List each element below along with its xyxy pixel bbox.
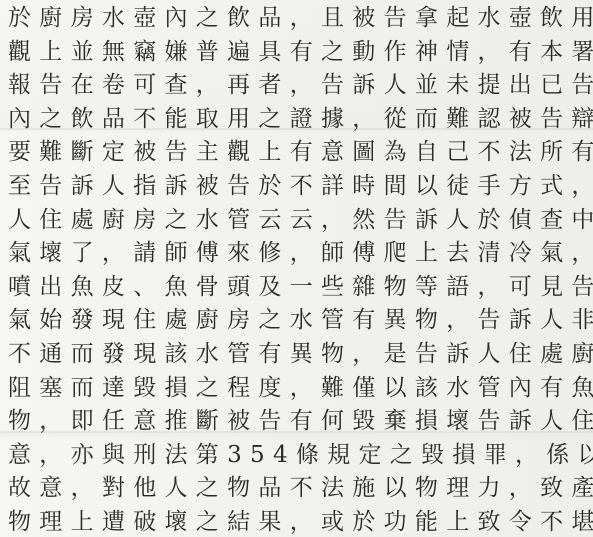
text-line: 氣始發現住處廚房之水管有異物，告訴人非因廚房水管阻塞: [8, 304, 593, 338]
text-line: 意，亦與刑法第354條規定之毀損罪，係以行為人基於毀損: [8, 439, 593, 473]
text-line: 不通而發現該水管有異物，是告訴人住處廚房之水管尚未因: [8, 338, 593, 372]
text-line: 物理上遭破壞之結果，或於功能上致令不堪用之結果者構成: [8, 506, 593, 537]
text-line: 噴出魚皮、魚骨頭及一些雜物等語，可見告訴人係因清洗冷: [8, 271, 593, 305]
scanned-page: 於廚房水壺內之飲品，且被告拿起水壺飲用，態度從容，客 觀上並無竊嫌普遍具有之動作…: [0, 0, 593, 537]
text-line: 物，即任意推斷被告有何毀棄損壞告訴人住處廚房水管之故: [8, 405, 593, 439]
text-line: 報告在卷可查，再者，告訴人並未提出已告知被告廚房水壺: [8, 69, 593, 103]
text-line: 人住處廚房之水管云云，然告訴人於偵查中自陳：伊住處冷: [8, 204, 593, 238]
text-line: 內之飲品不能取用之證據，從而難認被告辯詞俱不可採信，: [8, 103, 593, 137]
text-line: 故意，對他人之物品不法施以物理力，致產生毀棄、損壞等: [8, 472, 593, 506]
text-line: 至告訴人指訴被告於不詳時間以徒手方式，將雜物放入告訴: [8, 170, 593, 204]
text-line: 於廚房水壺內之飲品，且被告拿起水壺飲用，態度從容，客: [8, 2, 593, 36]
text-line: 阻塞而達毀損之程度，難僅以該水管內有魚皮、魚骨頭等雜: [8, 372, 593, 406]
text-line: 氣壞了，請師傅來修，師傅爬上去清冷氣，結果廚房水槽就: [8, 237, 593, 271]
document-body: 於廚房水壺內之飲品，且被告拿起水壺飲用，態度從容，客 觀上並無竊嫌普遍具有之動作…: [8, 2, 593, 537]
text-line: 要難斷定被告主觀上有意圖為自己不法所有及竊盜之犯意。: [8, 136, 593, 170]
text-line: 觀上並無竊嫌普遍具有之動作神情，有本署檢察事務官勘驗: [8, 36, 593, 70]
